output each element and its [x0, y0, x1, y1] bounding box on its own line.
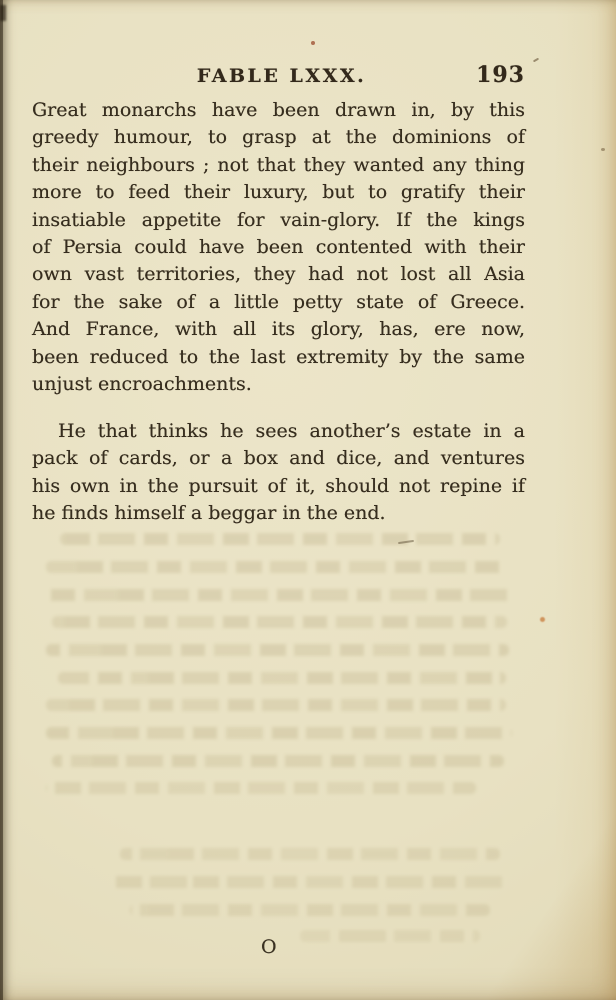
showthrough-line [46, 589, 511, 601]
text-line: He that thinks he sees another’s estate … [32, 418, 525, 445]
showthrough-line [130, 904, 490, 916]
text-line: more to feed their luxury, but to gratif… [32, 179, 525, 206]
text-line: his own in the pursuit of it, should not… [32, 473, 525, 500]
text-line: he finds himself a beggar in the end. [32, 500, 525, 527]
text-line: And France, with all its glory, has, ere… [32, 316, 525, 343]
paper-speck [533, 58, 539, 63]
book-page-scan: FABLE LXXX. 193 Great monarchs have been… [0, 0, 616, 1000]
text-line: their neighbours ; not that they wanted … [32, 152, 525, 179]
scan-edge-blot [0, 5, 6, 21]
showthrough-line [52, 755, 504, 767]
showthrough-line [60, 533, 500, 545]
text-line: Great monarchs have been drawn in, by th… [32, 97, 525, 124]
running-title: FABLE LXXX. [32, 65, 476, 87]
page-header: FABLE LXXX. 193 [32, 62, 525, 88]
signature-mark: O [261, 936, 277, 958]
text-line: own vast territories, they had not lost … [32, 261, 525, 288]
showthrough-line [46, 644, 509, 656]
paper-speck [398, 540, 414, 544]
showthrough-line [58, 672, 506, 684]
text-line: unjust encroachments. [32, 371, 525, 398]
text-line: insatiable appetite for vain-glory. If t… [32, 207, 525, 234]
showthrough-line [46, 782, 476, 794]
showthrough-line [110, 876, 505, 888]
showthrough-line [46, 561, 508, 573]
text-line: pack of cards, or a box and dice, and ve… [32, 445, 525, 472]
paper-speck [311, 41, 315, 45]
paper-speck [601, 148, 605, 151]
paragraph-1: Great monarchs have been drawn in, by th… [32, 97, 525, 398]
text-line: of Persia could have been contented with… [32, 234, 525, 261]
paper-speck [540, 617, 545, 622]
showthrough-line [300, 930, 480, 942]
showthrough-line [52, 616, 507, 628]
text-line: for the sake of a little petty state of … [32, 289, 525, 316]
showthrough-line [46, 699, 506, 711]
showthrough-line [120, 848, 500, 860]
page-number: 193 [476, 62, 525, 88]
text-line: greedy humour, to grasp at the dominions… [32, 124, 525, 151]
page-corner-crease [476, 780, 616, 1000]
paragraph-2: He that thinks he sees another’s estate … [32, 418, 525, 528]
showthrough-line [46, 727, 512, 739]
text-line: been reduced to the last extremity by th… [32, 344, 525, 371]
